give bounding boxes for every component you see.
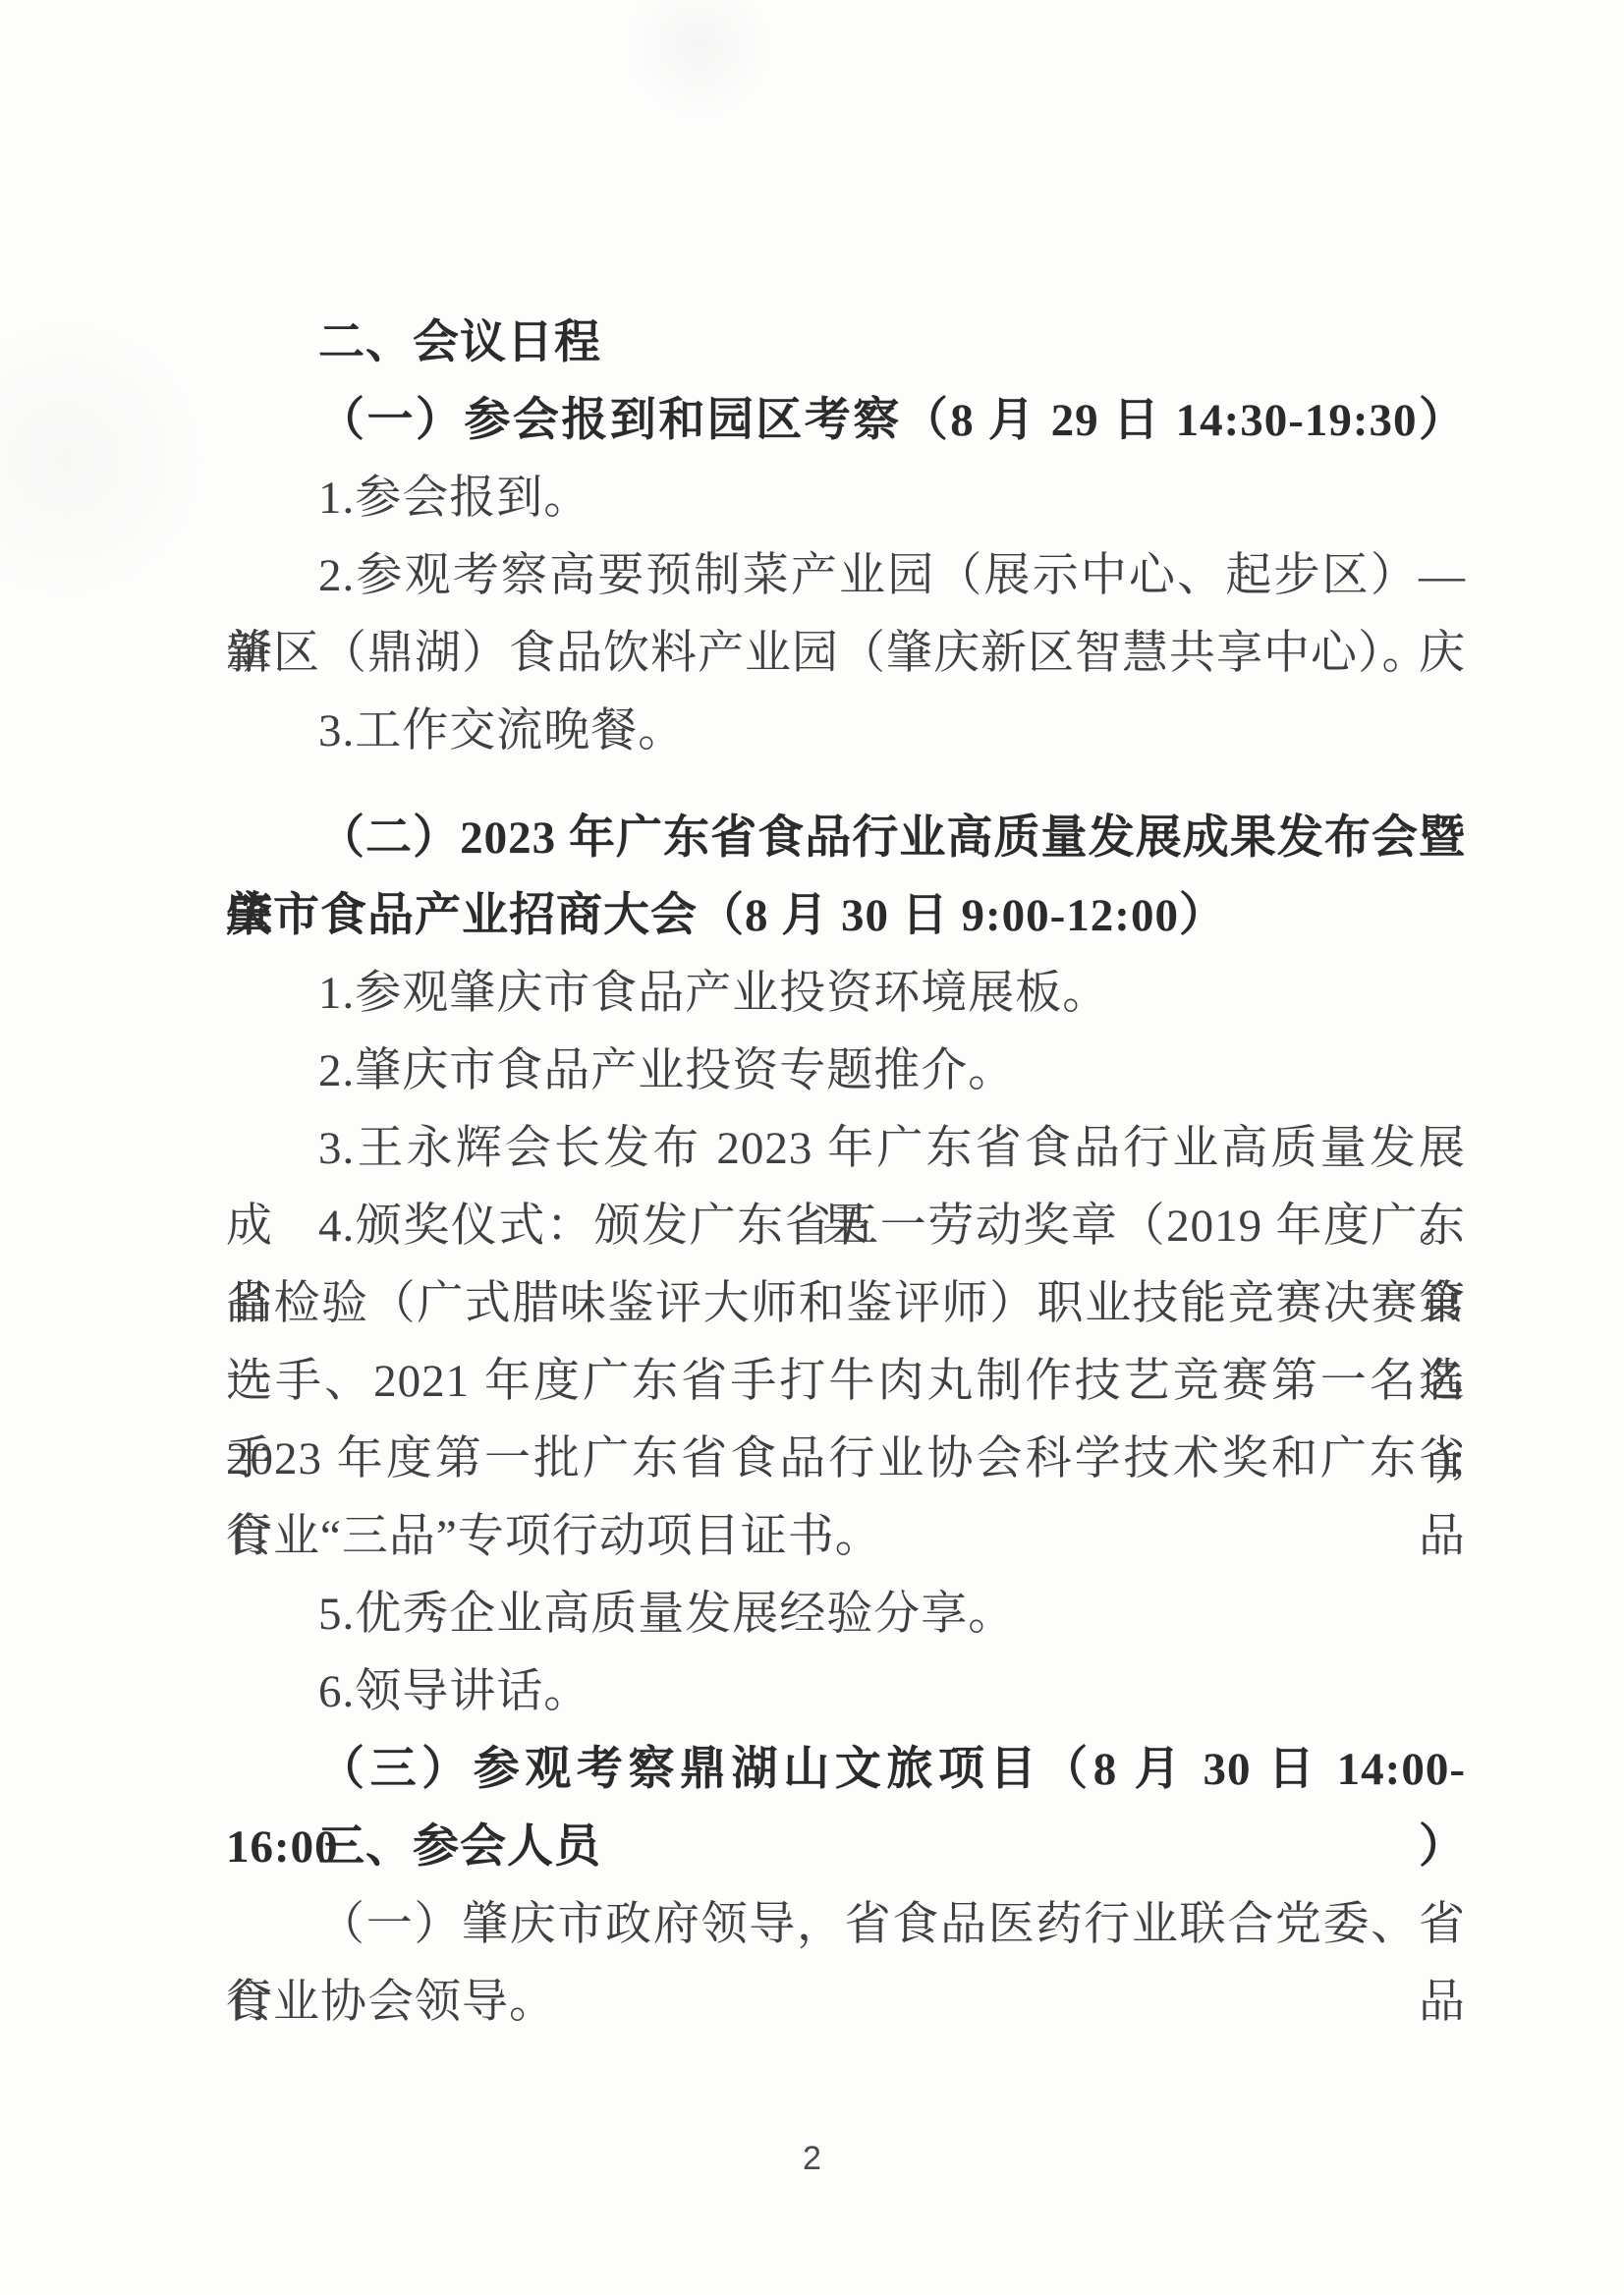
item-investment-exhibition-boards: 1.参观肇庆市食品产业投资环境展板。 xyxy=(226,955,1466,1033)
item-work-exchange-dinner: 3.工作交流晚餐。 xyxy=(226,693,1466,770)
heading-registration-and-park-tour: （一）参会报到和园区考察（8 月 29 日 14:30-19:30） xyxy=(226,382,1466,460)
item-investment-promotion: 2.肇庆市食品产业投资专题推介。 xyxy=(226,1033,1466,1110)
item-park-visit-line2: 新区（鼎湖）食品饮料产业园（肇庆新区智慧共享中心）。 xyxy=(226,615,1466,693)
document-body: 二、会议日程 （一）参会报到和园区考察（8 月 29 日 14:30-19:30… xyxy=(226,305,1466,2042)
item-registration: 1.参会报到。 xyxy=(226,460,1466,537)
heading-release-conference-line1: （二）2023 年广东省食品行业高质量发展成果发布会暨肇 xyxy=(226,800,1466,877)
item-leader-speech: 6.领导讲话。 xyxy=(226,1653,1466,1731)
item-award-ceremony-line1: 4.颁奖仪式：颁发广东省五一劳动奖章（2019 年度广东省食 xyxy=(226,1188,1466,1265)
item-experience-sharing: 5.优秀企业高质量发展经验分享。 xyxy=(226,1576,1466,1653)
participants-item-line1: （一）肇庆市政府领导，省食品医药行业联合党委、省食品 xyxy=(226,1886,1466,1964)
item-award-ceremony-line4: 2023 年度第一批广东省食品行业协会科学技术奖和广东省食品 xyxy=(226,1421,1466,1498)
heading-dinghushan-tour: （三）参观考察鼎湖山文旅项目（8 月 30 日 14:00-16:00） xyxy=(226,1731,1466,1809)
item-results-release: 3.王永辉会长发布 2023 年广东省食品行业高质量发展成果。 xyxy=(226,1110,1466,1188)
item-park-visit-line1: 2.参观考察高要预制菜产业园（展示中心、起步区）—肇庆 xyxy=(226,537,1466,615)
scanned-document-page: 二、会议日程 （一）参会报到和园区考察（8 月 29 日 14:30-19:30… xyxy=(0,0,1624,2295)
heading-meeting-agenda: 二、会议日程 xyxy=(226,305,1466,382)
page-number: 2 xyxy=(0,2140,1624,2178)
item-award-ceremony-line3: 选手、2021 年度广东省手打牛肉丸制作技艺竞赛第一名选手); xyxy=(226,1343,1466,1421)
item-award-ceremony-line2: 品检验（广式腊味鉴评大师和鉴评师）职业技能竞赛决赛第一名 xyxy=(226,1265,1466,1343)
heading-release-conference-line2: 庆市食品产业招商大会（8 月 30 日 9:00-12:00） xyxy=(226,877,1466,955)
